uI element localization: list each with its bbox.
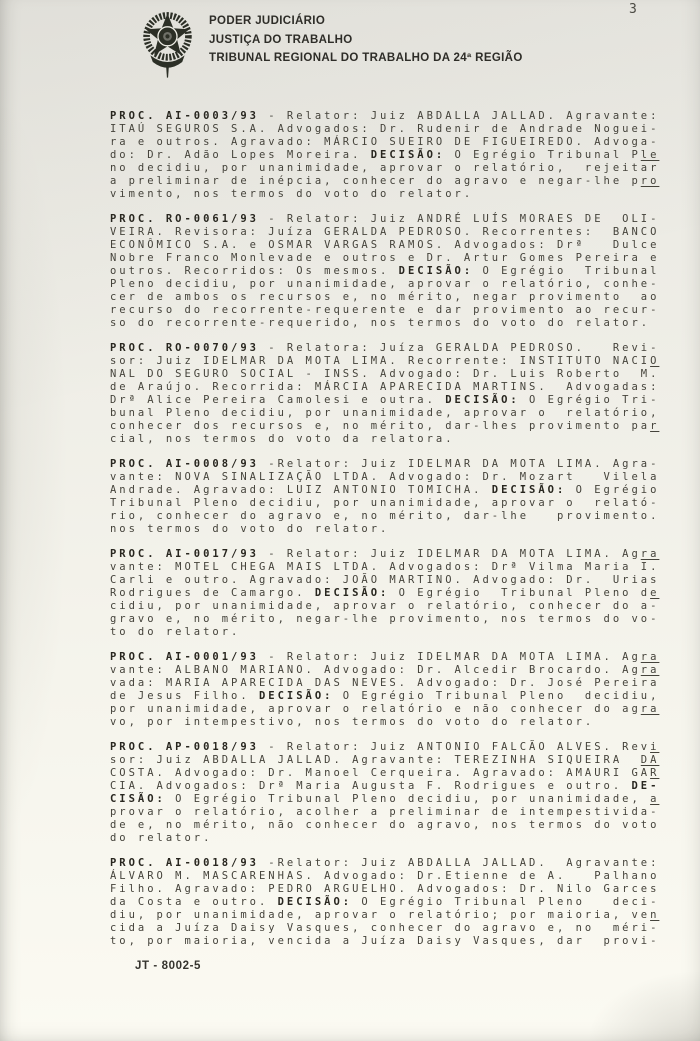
proceeding-paragraph-ro-0070-93: PROC. RO-0070/93 - Relatora: Juíza GERAL… [110,342,682,446]
decisions-text-block: PROC. AI-0003/93 - Relator: Juiz ABDALLA… [110,110,682,960]
proceeding-paragraph-ai-0018-93: PROC. AI-0018/93 -Relator: Juiz ABDALLA … [110,857,682,948]
proceeding-paragraph-ai-0003-93: PROC. AI-0003/93 - Relator: Juiz ABDALLA… [110,110,682,201]
letterhead-line-justica-do-trabalho: JUSTIÇA DO TRABALHO [209,34,523,46]
form-code: JT - 8002-5 [135,960,201,972]
proceeding-paragraph-ai-0008-93: PROC. AI-0008/93 -Relator: Juiz IDELMAR … [110,458,682,536]
proceeding-paragraph-ai-0017-93: PROC. AI-0017/93 - Relator: Juiz IDELMAR… [110,548,682,639]
document-page: 3 PODER JUDICIÁRIO JUSTIÇA DO TRABALHO T… [0,0,700,1041]
proceeding-paragraph-ro-0061-93: PROC. RO-0061/93 - Relator: Juiz ANDRÉ L… [110,213,682,330]
brazil-coat-of-arms-icon [139,7,196,79]
letterhead-line-poder-judiciario: PODER JUDICIÁRIO [209,15,523,27]
letterhead-line-tribunal-regional: TRIBUNAL REGIONAL DO TRABALHO DA 24ª REG… [209,52,523,64]
proceeding-paragraph-ai-0001-93: PROC. AI-0001/93 - Relator: Juiz IDELMAR… [110,651,682,729]
letterhead: PODER JUDICIÁRIO JUSTIÇA DO TRABALHO TRI… [139,7,523,79]
page-number: 3 [629,2,638,17]
proceeding-paragraph-ap-0018-93: PROC. AP-0018/93 - Relator: Juiz ANTONIO… [110,741,682,845]
letterhead-text: PODER JUDICIÁRIO JUSTIÇA DO TRABALHO TRI… [209,7,523,71]
